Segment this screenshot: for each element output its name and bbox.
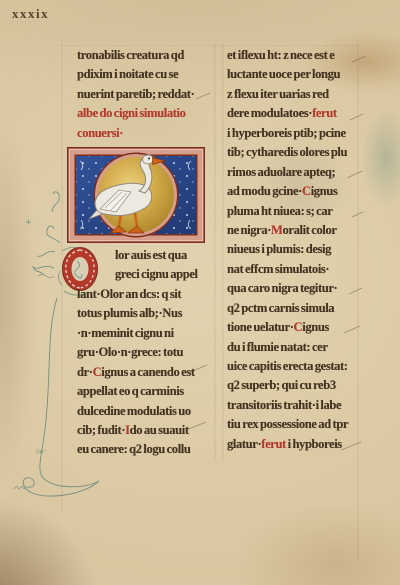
- body-text: nat effcm simulatois·: [227, 262, 329, 276]
- manuscript-photo: { "page": { "folio_number": "xxxix", "ki…: [0, 0, 400, 585]
- text-line: lor auis est qua: [77, 246, 219, 265]
- body-text: lant·Olor an dcs: q sit: [77, 287, 181, 301]
- body-text: dere modulatoes·: [227, 106, 312, 120]
- swan-head: [143, 155, 154, 164]
- text-line: tronabilis creatura qd: [77, 46, 219, 65]
- body-text: appellat eo q carminis: [77, 384, 184, 398]
- rubric-text: ferut: [261, 437, 286, 451]
- body-text: nuerint paretib; reddat·: [77, 87, 194, 101]
- text-line: pdixim i noitate cu se: [77, 65, 219, 84]
- text-line: appellat eo q carminis: [77, 382, 219, 401]
- text-line: ·n·meminit cignu ni: [77, 324, 219, 343]
- text-line: eu canere: q2 logu collu: [77, 440, 219, 459]
- body-text: luctante uoce per longu: [227, 67, 340, 81]
- rubric-text: M: [271, 223, 283, 237]
- text-line: du i flumie natat: cer: [227, 338, 369, 357]
- left-column-top: tronabilis creatura qdpdixim i noitate c…: [77, 46, 219, 143]
- text-line: i hyperboreis ptib; pcine: [227, 124, 369, 143]
- body-text: eu canere: q2 logu collu: [77, 442, 191, 456]
- text-line: totus plumis alb;·Nus: [77, 304, 219, 323]
- body-text: z flexu iter uarias red: [227, 87, 329, 101]
- text-line: tib; cytharedis olores plu: [227, 143, 369, 162]
- body-text: ·n·meminit cignu ni: [77, 326, 174, 340]
- text-line: conuersi·: [77, 124, 219, 143]
- body-text: ad modu gcine·: [227, 184, 302, 198]
- text-line: dere modulatoes·ferut: [227, 104, 369, 123]
- text-line: transitoriis trahit·i labe: [227, 396, 369, 415]
- text-line: dulcedine modulatis uo: [77, 402, 219, 421]
- text-line: cib; fudit·Ido au suauit: [77, 421, 219, 440]
- body-text: ignus: [311, 184, 338, 198]
- body-text: tione uelatur·: [227, 320, 294, 334]
- body-text: glatur·: [227, 437, 261, 451]
- body-text: tib; cytharedis olores plu: [227, 145, 347, 159]
- body-text: transitoriis trahit·i labe: [227, 398, 341, 412]
- text-line: q2 superb; qui cu reb3: [227, 376, 369, 395]
- text-line: ad modu gcine·Cignus: [227, 182, 369, 201]
- text-line: dr·Cignus a canendo est: [77, 363, 219, 382]
- marginal-note: lac·: [36, 449, 47, 456]
- body-text: tiu rex possessione ad tpr: [227, 417, 348, 431]
- text-line: greci cignu appel: [77, 265, 219, 284]
- text-line: niueus i plumis: desig: [227, 240, 369, 259]
- body-text: gru·Olo·n·grece: totu: [77, 345, 183, 359]
- body-text: dr·: [77, 365, 93, 379]
- body-text: i hypboreis: [286, 437, 342, 451]
- parchment-page: xxxix tronabilis creatura qdpdixim i noi…: [0, 0, 400, 585]
- body-text: greci cignu appel: [115, 267, 198, 281]
- text-line: z flexu iter uarias red: [227, 85, 369, 104]
- rubric-text: albe do cigni simulatio: [77, 106, 186, 120]
- body-text: rimos aduolare apteq;: [227, 165, 335, 179]
- text-line: gru·Olo·n·grece: totu: [77, 343, 219, 362]
- text-line: tiu rex possessione ad tpr: [227, 415, 369, 434]
- body-text: cib; fudit·: [77, 423, 125, 437]
- text-line: ne nigra·Moralit color: [227, 221, 369, 240]
- body-text: pdixim i noitate cu se: [77, 67, 178, 81]
- right-column: et iflexu ht: z nece est eluctante uoce …: [227, 46, 369, 454]
- text-line: albe do cigni simulatio: [77, 104, 219, 123]
- body-text: lor auis est qua: [115, 248, 187, 262]
- rubric-text: conuersi·: [77, 126, 123, 140]
- text-line: glatur·ferut i hypboreis: [227, 435, 369, 454]
- body-text: niueus i plumis: desig: [227, 242, 331, 256]
- body-text: oralit color: [283, 223, 337, 237]
- body-text: uice capitis erecta gestat:: [227, 359, 348, 373]
- swan-miniature: [67, 147, 205, 243]
- body-text: tronabilis creatura qd: [77, 48, 184, 62]
- text-line: q2 pctm carnis simula: [227, 299, 369, 318]
- body-text: dulcedine modulatis uo: [77, 404, 191, 418]
- swan-miniature-art: [67, 147, 205, 243]
- text-line: tione uelatur·Cignus: [227, 318, 369, 337]
- rubric-text: C: [302, 184, 311, 198]
- text-line: qua caro nigra tegitur·: [227, 279, 369, 298]
- body-text: ne nigra·: [227, 223, 271, 237]
- rubric-text: C: [93, 365, 102, 379]
- text-line: et iflexu ht: z nece est e: [227, 46, 369, 65]
- left-column-bottom: lor auis est quagreci cignu appellant·Ol…: [77, 246, 219, 460]
- body-text: i hyperboreis ptib; pcine: [227, 126, 346, 140]
- text-line: rimos aduolare apteq;: [227, 163, 369, 182]
- body-text: et iflexu ht: z nece est e: [227, 48, 334, 62]
- body-text: totus plumis alb;·Nus: [77, 306, 182, 320]
- body-text: du i flumie natat: cer: [227, 340, 328, 354]
- rubric-text: ferut: [312, 106, 337, 120]
- body-text: do au suauit: [130, 423, 189, 437]
- text-line: lant·Olor an dcs: q sit: [77, 285, 219, 304]
- text-line: pluma ht niuea: s; car: [227, 202, 369, 221]
- body-text: pluma ht niuea: s; car: [227, 204, 332, 218]
- body-text: q2 superb; qui cu reb3: [227, 378, 336, 392]
- body-text: q2 pctm carnis simula: [227, 301, 334, 315]
- swan-eye: [148, 158, 150, 160]
- folio-number: xxxix: [12, 6, 49, 22]
- text-line: nat effcm simulatois·: [227, 260, 369, 279]
- text-line: nuerint paretib; reddat·: [77, 85, 219, 104]
- body-text: ignus: [302, 320, 329, 334]
- text-line: uice capitis erecta gestat:: [227, 357, 369, 376]
- rubric-text: C: [294, 320, 303, 334]
- text-line: luctante uoce per longu: [227, 65, 369, 84]
- body-text: ignus a canendo est: [101, 365, 194, 379]
- body-text: qua caro nigra tegitur·: [227, 281, 337, 295]
